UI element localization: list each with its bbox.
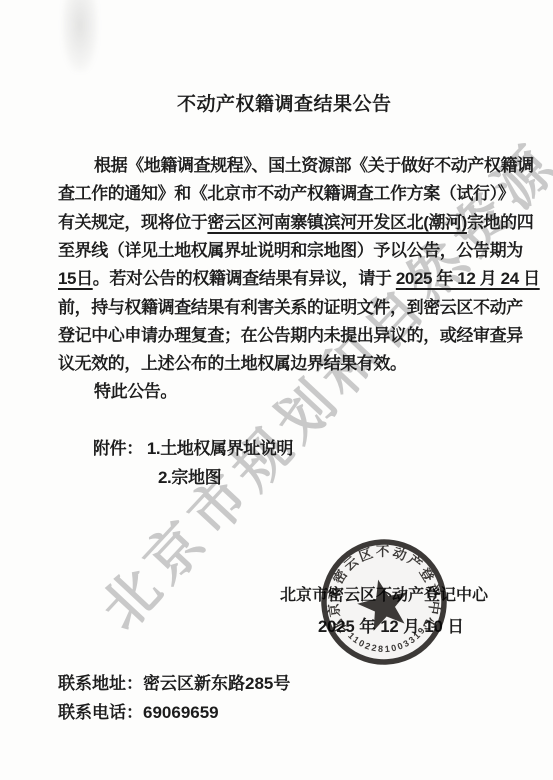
official-seal: 北京市密云区不动产登记中心 1102281003319	[310, 528, 457, 675]
body-text: 宗地的四	[467, 213, 533, 232]
body-line-6: 前，持与权籍调查结果有利害关系的证明文件，到密云区不动产	[58, 297, 523, 319]
contact-phone: 联系电话：69069659	[58, 702, 219, 724]
attachments-label: 附件：	[93, 439, 143, 458]
document-title: 不动产权籍调查结果公告	[177, 89, 392, 116]
body-text: 至界线（详见土地权属界址说明和宗地图）予以公告，公告期为	[58, 241, 523, 260]
body-text: 前，持与权籍调查结果有利害关系的证明文件，到密云区不动产	[58, 298, 523, 317]
body-line-2: 查工作的通知》和《北京市不动产权籍调查工作方案（试行）》	[58, 183, 514, 205]
body-line-7: 登记中心申请办理复查；在公告期内未提出异议的，或经审查异	[58, 325, 523, 347]
body-text: 。若对公告的权籍调查结果有异议，请于	[93, 269, 396, 288]
deadline-date-underlined: 2025 年 12 月 24 日	[396, 269, 540, 288]
attachments-line-1: 附件：1.土地权属界址说明	[93, 438, 293, 460]
attachment-item-1: 1.土地权属界址说明	[147, 439, 293, 458]
notice-period-underlined: 15日	[58, 269, 93, 288]
body-text: 有关规定，现将位于	[58, 213, 207, 232]
scanned-announcement-page: 北京市规划和自然资源 不动产权籍调查结果公告 根据《地籍调查规程》、国土资源部《…	[0, 0, 553, 780]
scan-smudge-artifact	[62, 0, 98, 72]
contact-address: 联系地址：密云区新东路285号	[58, 673, 290, 695]
body-line-4: 至界线（详见土地权属界址说明和宗地图）予以公告，公告期为	[58, 240, 523, 262]
body-line-5: 15日。若对公告的权籍调查结果有异议，请于 2025 年 12 月 24 日	[58, 268, 540, 290]
body-line-8: 议无效的，上述公布的土地权属边界结果有效。	[58, 353, 407, 375]
body-line-1: 根据《地籍调查规程》、国土资源部《关于做好不动产权籍调	[58, 155, 534, 177]
body-text: 查工作的通知》和《北京市不动产权籍调查工作方案（试行）》	[58, 184, 514, 203]
body-line-3: 有关规定，现将位于密云区河南寨镇滨河开发区北(潮河)宗地的四	[58, 212, 533, 234]
body-text: 登记中心申请办理复查；在公告期内未提出异议的，或经审查异	[58, 326, 523, 345]
body-text: 根据《地籍调查规程》、国土资源部《关于做好不动产权籍调	[94, 156, 534, 175]
closing-line: 特此公告。	[94, 381, 177, 403]
attachment-item-2: 2.宗地图	[158, 467, 221, 489]
body-text: 议无效的，上述公布的土地权属边界结果有效。	[58, 354, 407, 373]
parcel-location-underlined: 密云区河南寨镇滨河开发区北(潮河)	[207, 213, 467, 232]
